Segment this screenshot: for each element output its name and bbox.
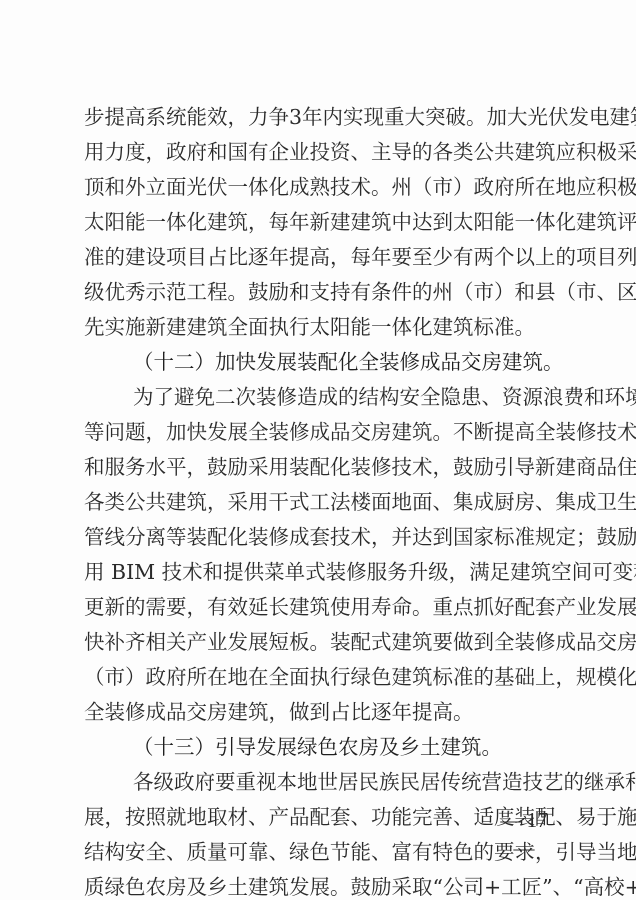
body-line: 步提高系统能效，力争3年内实现重大突破。加大光伏发电建筑应 xyxy=(84,100,554,135)
body-line: （市）政府所在地在全面执行绿色建筑标准的基础上，规模化推进 xyxy=(84,660,554,695)
body-line: 级优秀示范工程。鼓励和支持有条件的州（市）和县（市、区）率 xyxy=(84,275,554,310)
body-line: 展，按照就地取材、产品配套、功能完善、适度装配、易于施工、 xyxy=(84,800,554,835)
body-line: 太阳能一体化建筑，每年新建建筑中达到太阳能一体化建筑评价标 xyxy=(84,205,554,240)
document-page: 步提高系统能效，力争3年内实现重大突破。加大光伏发电建筑应 用力度，政府和国有企… xyxy=(0,0,636,900)
body-line: 结构安全、质量可靠、绿色节能、富有特色的要求，引导当地高品 xyxy=(84,835,554,870)
body-line: 顶和外立面光伏一体化成熟技术。州（市）政府所在地应积极推进 xyxy=(84,170,554,205)
body-line: 更新的需要，有效延长建筑使用寿命。重点抓好配套产业发展，加 xyxy=(84,590,554,625)
page-number: — 17 — xyxy=(492,806,556,834)
body-line: 和服务水平，鼓励采用装配化装修技术，鼓励引导新建商品住房和 xyxy=(84,450,554,485)
body-line: 用力度，政府和国有企业投资、主导的各类公共建筑应积极采用屋 xyxy=(84,135,554,170)
section-heading-12: （十二）加快发展装配化全装修成品交房建筑。 xyxy=(84,345,554,380)
body-line: 等问题，加快发展全装修成品交房建筑。不断提高全装修技术水平 xyxy=(84,415,554,450)
section-heading-13: （十三）引导发展绿色农房及乡土建筑。 xyxy=(84,730,554,765)
body-line: 各级政府要重视本地世居民族民居传统营造技艺的继承和发 xyxy=(84,765,554,800)
document-body: 步提高系统能效，力争3年内实现重大突破。加大光伏发电建筑应 用力度，政府和国有企… xyxy=(84,100,554,900)
body-line: 用 BIM 技术和提供菜单式装修服务升级，满足建筑空间可变和维修 xyxy=(84,555,554,590)
body-line: 为了避免二次装修造成的结构安全隐患、资源浪费和环境污染 xyxy=(84,380,554,415)
body-line: 各类公共建筑，采用干式工法楼面地面、集成厨房、集成卫生间、 xyxy=(84,485,554,520)
body-line: 先实施新建建筑全面执行太阳能一体化建筑标准。 xyxy=(84,310,554,345)
body-line: 快补齐相关产业发展短板。装配式建筑要做到全装修成品交房。州 xyxy=(84,625,554,660)
body-line: 全装修成品交房建筑，做到占比逐年提高。 xyxy=(84,695,554,730)
body-line: 质绿色农房及乡土建筑发展。鼓励采取“公司+工匠”、“高校+工匠” xyxy=(84,870,554,900)
body-line: 管线分离等装配化装修成套技术，并达到国家标准规定；鼓励向利 xyxy=(84,520,554,555)
body-line: 准的建设项目占比逐年提高，每年要至少有两个以上的项目列入省 xyxy=(84,240,554,275)
